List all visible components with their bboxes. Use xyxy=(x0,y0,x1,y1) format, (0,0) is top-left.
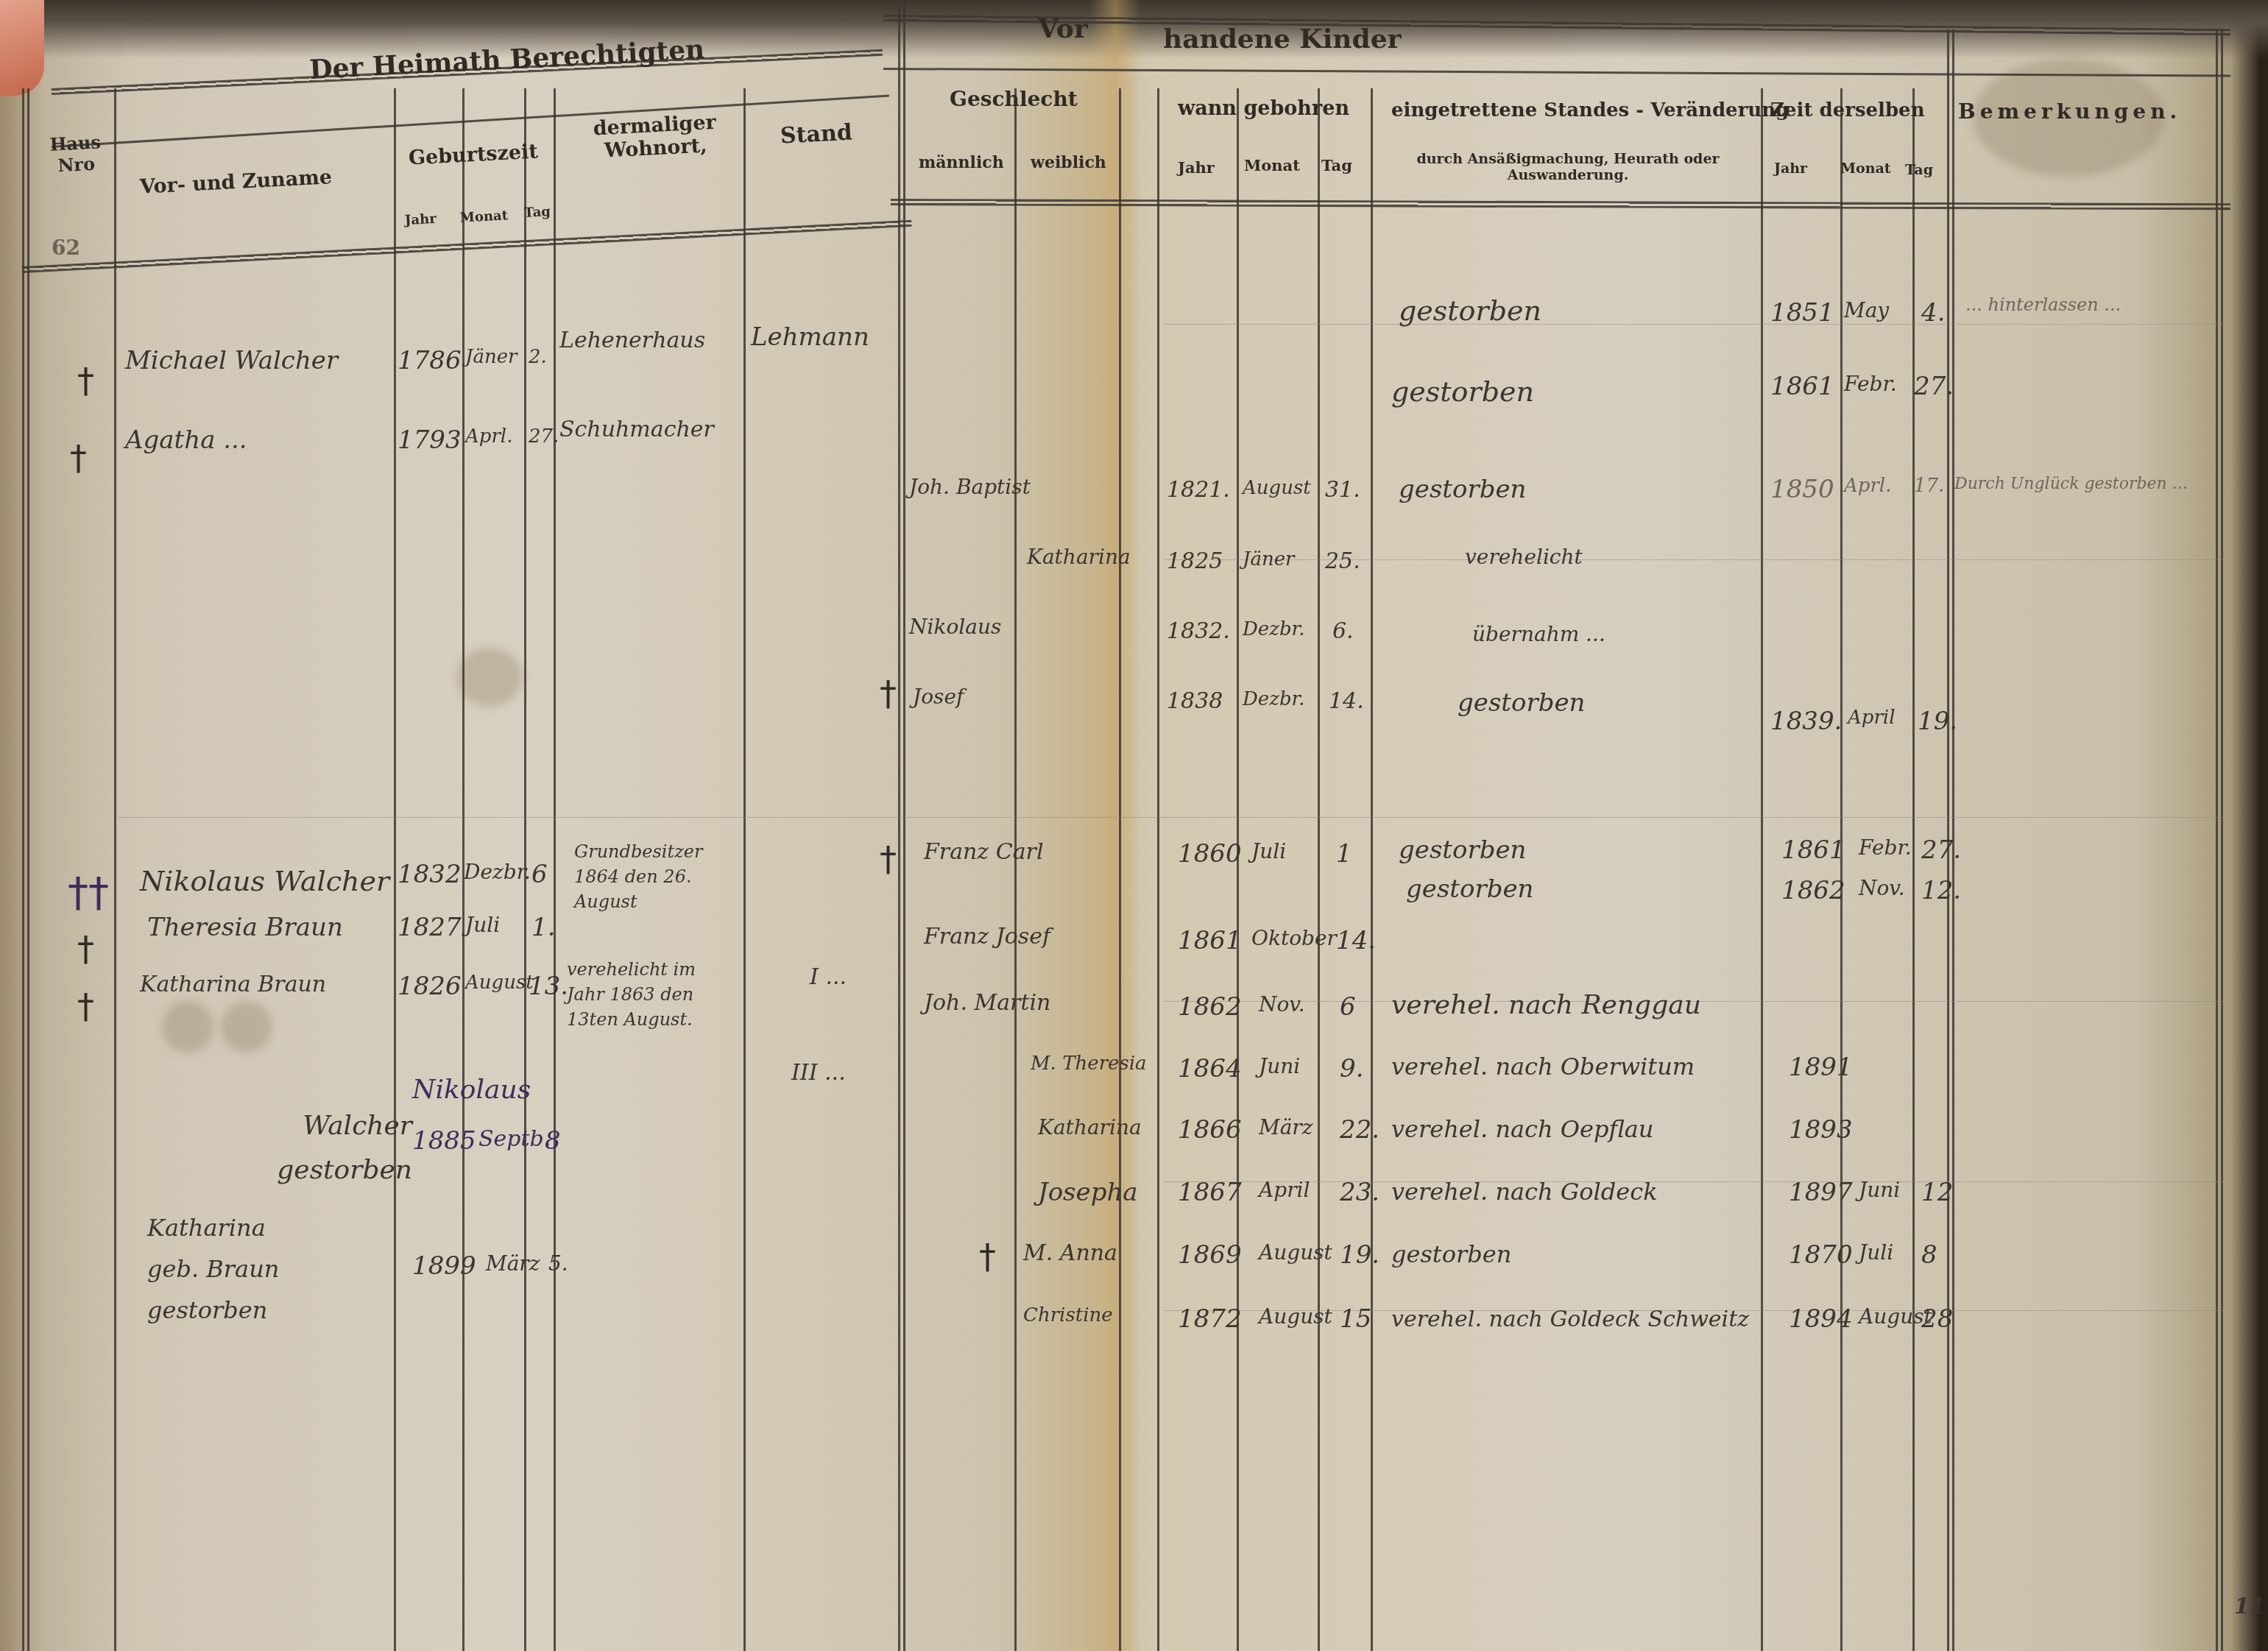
col-sub-maennlich: männlich xyxy=(919,153,1004,172)
child-birth-year: 1864 xyxy=(1178,1054,1242,1083)
parent-birth-day: 1. xyxy=(531,913,555,942)
child-birth-month: März xyxy=(1259,1115,1313,1139)
deceased-cross-icon: † xyxy=(880,839,897,879)
col-line xyxy=(1014,88,1017,1651)
child-change-day: 19. xyxy=(1918,707,1957,736)
parent-death-note: Walcher gestorben xyxy=(191,1104,412,1192)
deceased-cross-icon: † xyxy=(979,1237,996,1276)
change-month: Febr. xyxy=(1844,372,1897,396)
parent-death-day: 8 xyxy=(545,1126,561,1156)
child-birth-year: 1869 xyxy=(1178,1240,1242,1270)
child-change-day: 12. xyxy=(1921,876,1961,905)
parent-birth-day: 6 xyxy=(531,860,548,889)
col-header-zeit-derselben: Zeit derselben xyxy=(1770,99,1925,121)
child-birth-day: 25. xyxy=(1325,548,1360,574)
change-year: 1861 xyxy=(1770,372,1834,401)
col-line xyxy=(1157,88,1159,1651)
parent-birth-month: Aprl. xyxy=(465,425,512,448)
col-header-veraenderung: eingetrettene Standes - Veränderung xyxy=(1391,99,1789,121)
child-birth-month: Dezbr. xyxy=(1243,688,1304,710)
child-change-month: April xyxy=(1848,707,1895,729)
col-line xyxy=(743,88,746,1651)
ruled-line xyxy=(1163,559,2223,560)
child-change: verehel. nach Renggau xyxy=(1391,990,1701,1020)
parent-death-year: 1899 xyxy=(412,1251,476,1281)
child-birth-year: 1860 xyxy=(1178,839,1242,869)
child-change: verehel. nach Oberwitum xyxy=(1391,1053,1695,1081)
col-sub-jahr-3: Jahr xyxy=(1774,160,1807,177)
child-birth-year: 1861 xyxy=(1178,926,1242,955)
parent-death-day: 5. xyxy=(548,1251,568,1276)
deceased-cross-icon: † xyxy=(70,438,87,478)
parent-wohnort: verehelicht im Jahr 1863 den 13ten Augus… xyxy=(567,957,736,1032)
child-name-female: M. Theresia xyxy=(1031,1053,1147,1075)
header-rule-bottom-left xyxy=(22,220,912,273)
child-birth-day: 14. xyxy=(1329,688,1364,714)
parent-name: Katharina Braun xyxy=(140,972,326,997)
child-change-year: 1870 xyxy=(1789,1240,1853,1270)
col-line xyxy=(394,88,396,1651)
child-name-male: Joh. Baptist xyxy=(909,475,1031,499)
col-sub-tag-2: Tag xyxy=(1321,156,1352,174)
col-line xyxy=(1761,88,1763,1651)
col-sub-tag: Tag xyxy=(523,204,551,221)
child-birth-day: 15 xyxy=(1340,1304,1371,1334)
child-change: gestorben xyxy=(1399,475,1527,504)
child-change-month: Febr. xyxy=(1859,835,1912,860)
parent-birth-year: 1786 xyxy=(398,346,462,375)
child-change-month: Juli xyxy=(1859,1240,1893,1265)
col-sub-monat-2: Monat xyxy=(1244,156,1300,174)
col-line xyxy=(2216,29,2223,1651)
child-change: übernahm ... xyxy=(1472,622,1605,646)
col-line xyxy=(1840,88,1843,1651)
parent-name: Nikolaus Walcher xyxy=(140,865,389,897)
child-change: verehel. nach Goldeck Schweitz xyxy=(1391,1303,1759,1337)
parent-birth-day: 27. xyxy=(529,425,559,448)
child-birth-year: 1872 xyxy=(1178,1304,1242,1334)
remark-text: ... hinterlassen ... xyxy=(1965,294,2121,315)
child-name-male: Josef xyxy=(913,685,964,709)
child-birth-day: 9. xyxy=(1340,1054,1363,1083)
child-name-female: Katharina xyxy=(1027,545,1131,569)
child-name-male: Joh. Martin xyxy=(924,990,1050,1016)
child-birth-month: August xyxy=(1259,1304,1332,1329)
col-line xyxy=(1318,88,1320,1651)
parent-name: Agatha ... xyxy=(125,425,247,455)
col-sub-monat: Monat xyxy=(459,208,508,225)
parent-wohnort: Grundbesitzer 1864 den 26. August xyxy=(574,839,736,914)
col-header-wann-gebohren: wann gebohren xyxy=(1178,97,1349,120)
child-change-year: 1861 xyxy=(1781,835,1845,865)
child-change-year: 1839. xyxy=(1770,707,1842,736)
child-birth-year: 1838 xyxy=(1167,688,1223,714)
parent-birth-year: 1826 xyxy=(398,972,462,1001)
col-line xyxy=(22,88,29,1651)
deceased-cross-icon: † xyxy=(77,986,94,1026)
col-line xyxy=(898,0,905,1651)
child-birth-year: 1867 xyxy=(1178,1178,1242,1207)
ruled-line xyxy=(1163,324,2223,325)
col-sub-weiblich: weiblich xyxy=(1031,153,1106,172)
deceased-double-cross-icon: †† xyxy=(68,869,109,916)
ruled-line xyxy=(1163,1181,2223,1182)
child-change-day: 28 xyxy=(1921,1304,1953,1334)
child-birth-month: Juni xyxy=(1259,1054,1300,1078)
child-remark: Durch Unglück gestorben ... xyxy=(1954,475,2219,493)
col-line xyxy=(1119,88,1121,1651)
thumb-holding-page xyxy=(0,0,44,96)
parent-note: Nikolaus xyxy=(412,1075,531,1105)
child-change-year: 1862 xyxy=(1781,876,1845,905)
child-change-month: Juni xyxy=(1859,1178,1900,1202)
child-birth-day: 31. xyxy=(1325,477,1360,503)
book-gutter xyxy=(1089,0,1141,1651)
child-change-year: 1897 xyxy=(1789,1178,1853,1207)
child-change: verehel. nach Goldeck xyxy=(1391,1178,1658,1206)
parent-stand: Lehmann xyxy=(751,322,869,352)
parent-death-note: Katharina geb. Braun gestorben xyxy=(147,1207,324,1331)
child-name-male: Franz Josef xyxy=(924,924,1050,950)
child-birth-month: Juli xyxy=(1251,839,1286,863)
margin-mark: III ... xyxy=(791,1060,846,1086)
child-birth-month: August xyxy=(1259,1240,1332,1265)
child-birth-month: Jäner xyxy=(1243,548,1294,570)
register-spread: Der Heimath Berechtigten Vor handene Kin… xyxy=(0,0,2268,1651)
deceased-cross-icon: † xyxy=(77,361,94,400)
child-birth-year: 1832. xyxy=(1167,618,1230,644)
child-change-year: 1894 xyxy=(1789,1304,1853,1334)
col-sub-jahr-2: Jahr xyxy=(1178,158,1215,177)
col-line xyxy=(114,88,116,1651)
child-change-day: 27. xyxy=(1921,835,1961,865)
child-change: verehelicht xyxy=(1465,545,1583,569)
page-mark: 11 xyxy=(2234,1594,2265,1619)
parent-death-month: Septb. xyxy=(478,1126,551,1152)
child-birth-year: 1866 xyxy=(1178,1115,1242,1145)
child-change: verehel. nach Oepflau xyxy=(1391,1115,1653,1143)
child-change-month: Nov. xyxy=(1859,876,1905,900)
child-birth-day: 6. xyxy=(1332,618,1354,644)
col-header-haus-nro: Haus Nro xyxy=(42,131,110,177)
parent-birth-month: Dezbr. xyxy=(464,860,531,884)
child-change: gestorben xyxy=(1406,874,1534,904)
stain xyxy=(221,1001,272,1053)
col-line xyxy=(1371,88,1373,1651)
child-birth-year: 1825 xyxy=(1167,548,1223,574)
col-header-stand: Stand xyxy=(780,119,852,149)
child-birth-day: 22. xyxy=(1340,1115,1379,1145)
parent-name: Michael Walcher xyxy=(125,346,338,375)
header-span-left: Vor xyxy=(1038,13,1088,44)
parent-birth-day: 2. xyxy=(529,346,547,368)
col-sub-tag-3: Tag xyxy=(1905,162,1933,178)
child-change-year: 1850 xyxy=(1770,475,1834,504)
col-header-name: Vor- und Zuname xyxy=(139,166,332,199)
child-birth-day: 19. xyxy=(1340,1240,1379,1270)
header-span-right: handene Kinder xyxy=(1163,24,1402,54)
change-text: gestorben xyxy=(1391,375,1534,408)
child-birth-month: April xyxy=(1259,1178,1310,1202)
child-birth-day: 1 xyxy=(1336,839,1352,869)
col-header-geschlecht: Geschlecht xyxy=(950,87,1078,111)
parent-wohnort: Schuhmacher xyxy=(559,417,714,442)
parent-death-year: 1885 xyxy=(412,1126,476,1156)
child-change-month: Aprl. xyxy=(1844,475,1891,497)
child-change-year: 1891 xyxy=(1789,1053,1853,1082)
margin-mark: I ... xyxy=(810,964,847,990)
child-change: gestorben xyxy=(1399,835,1527,865)
change-day: 4. xyxy=(1921,298,1945,328)
stain xyxy=(456,648,523,707)
parent-birth-year: 1832 xyxy=(398,860,462,889)
header-rule-mid-left xyxy=(52,94,889,148)
child-birth-day: 23. xyxy=(1340,1178,1379,1207)
col-sub-veraenderung: durch Ansäßigmachung, Heurath oder Auswa… xyxy=(1384,151,1752,183)
col-sub-monat-3: Monat xyxy=(1840,160,1891,177)
child-name-male: Nikolaus xyxy=(909,615,1001,639)
parent-death-month: März xyxy=(486,1251,540,1276)
change-day: 27. xyxy=(1914,372,1954,401)
child-change-year: 1893 xyxy=(1789,1115,1853,1145)
child-birth-year: 1821. xyxy=(1167,477,1230,503)
child-name-female: Josepha xyxy=(1038,1178,1138,1207)
section-divider xyxy=(118,817,2223,818)
child-birth-day: 6 xyxy=(1340,992,1356,1022)
col-sub-jahr: Jahr xyxy=(404,211,437,228)
parent-birth-day: 13. xyxy=(529,972,568,1001)
col-line xyxy=(554,88,556,1651)
child-birth-month: Oktober xyxy=(1251,926,1337,950)
child-name-female: M. Anna xyxy=(1023,1240,1117,1266)
change-year: 1851 xyxy=(1770,298,1834,328)
parent-wohnort: Lehenerhaus xyxy=(559,328,705,353)
parent-birth-month: Jäner xyxy=(465,346,517,368)
change-text: gestorben xyxy=(1399,294,1541,327)
col-header-bemerkungen: Bemerkungen. xyxy=(1958,99,2181,124)
child-change-day: 12 xyxy=(1921,1178,1953,1207)
change-month: May xyxy=(1844,298,1889,322)
parent-birth-year: 1793 xyxy=(398,425,462,455)
parent-name: Theresia Braun xyxy=(147,913,343,942)
child-name-male: Franz Carl xyxy=(924,839,1043,865)
haus-nro-value: 62 xyxy=(52,236,80,260)
child-birth-month: August xyxy=(1243,477,1311,499)
col-line xyxy=(1912,88,1915,1651)
deceased-cross-icon: † xyxy=(77,929,94,969)
col-header-wohnort: dermaliger Wohnort, xyxy=(581,110,730,163)
deceased-cross-icon: † xyxy=(880,674,897,713)
parent-birth-year: 1827 xyxy=(398,913,462,942)
child-birth-year: 1862 xyxy=(1178,992,1242,1022)
parent-birth-month: Juli xyxy=(465,913,500,937)
stain xyxy=(162,1001,213,1053)
child-birth-month: Dezbr. xyxy=(1243,618,1304,640)
parent-birth-month: August xyxy=(465,972,534,994)
child-name-female: Katharina xyxy=(1038,1115,1142,1139)
child-change-day: 17. xyxy=(1914,475,1944,497)
child-birth-month: Nov. xyxy=(1259,992,1305,1017)
col-header-geburtszeit: Geburtszeit xyxy=(408,140,538,169)
child-change-day: 8 xyxy=(1921,1240,1937,1270)
child-name-female: Christine xyxy=(1023,1304,1113,1326)
col-line xyxy=(1237,88,1239,1651)
child-change: gestorben xyxy=(1391,1240,1511,1268)
child-change: gestorben xyxy=(1458,688,1586,718)
child-birth-day: 14. xyxy=(1336,926,1376,955)
